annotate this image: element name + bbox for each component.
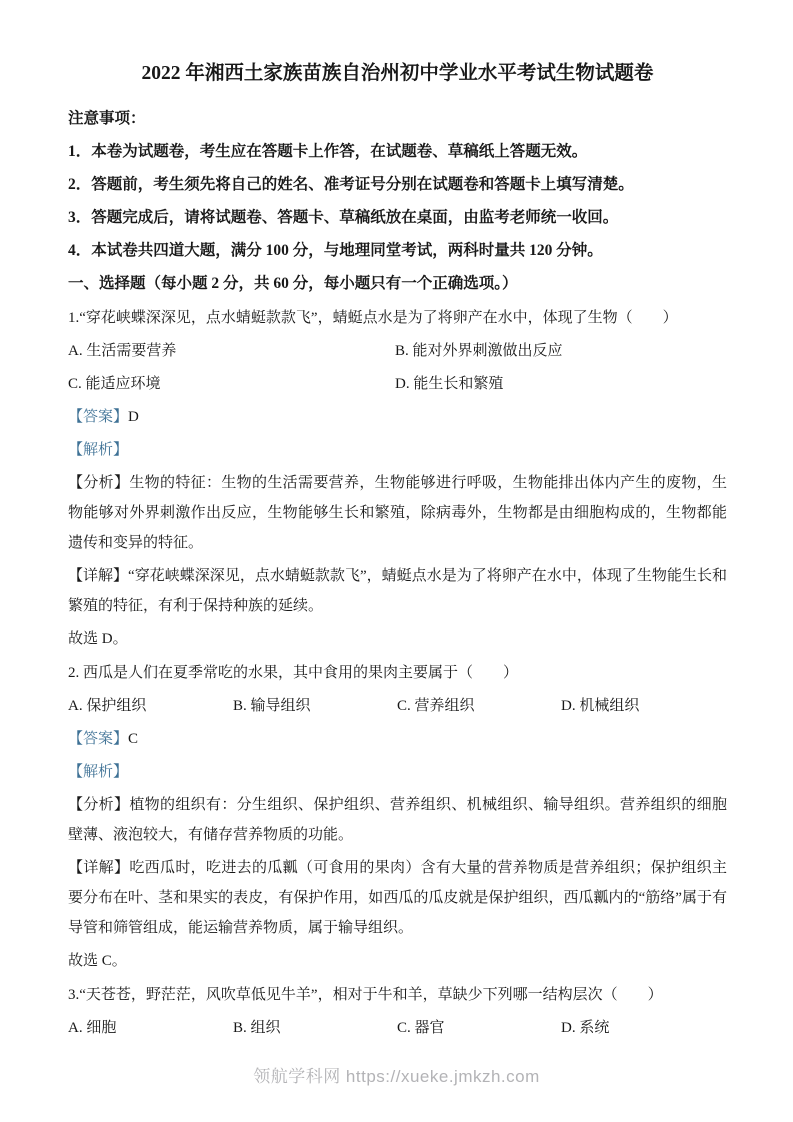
question-2-conclusion: 故选 C。 [68, 946, 727, 976]
page-title: 2022 年湘西土家族苗族自治州初中学业水平考试生物试题卷 [68, 60, 727, 88]
answer-label: 【答案】 [68, 409, 128, 425]
question-2-option-d: D. 机械组织 [561, 691, 727, 721]
question-3-option-a: A. 细胞 [68, 1013, 233, 1043]
question-2-answer-value: C [128, 731, 138, 747]
question-1-options-row-2: C. 能适应环境 D. 能生长和繁殖 [68, 369, 727, 399]
question-2-analysis-label: 【解析】 [68, 757, 727, 787]
question-2-answer-line: 【答案】C [68, 724, 727, 754]
question-1-option-c: C. 能适应环境 [68, 369, 395, 399]
question-3-option-d: D. 系统 [561, 1013, 727, 1043]
notice-item-2: 2．答题前，考生须先将自己的姓名、准考证号分别在试题卷和答题卡上填写清楚。 [68, 170, 727, 200]
question-1-option-d: D. 能生长和繁殖 [395, 369, 727, 399]
exam-document-page: 2022 年湘西土家族苗族自治州初中学业水平考试生物试题卷 注意事项： 1．本卷… [0, 0, 793, 1122]
question-1-option-a: A. 生活需要营养 [68, 336, 395, 366]
question-1-conclusion: 故选 D。 [68, 624, 727, 654]
question-2-option-c: C. 营养组织 [397, 691, 561, 721]
question-2-options-row: A. 保护组织 B. 输导组织 C. 营养组织 D. 机械组织 [68, 691, 727, 721]
question-1-analysis-paragraph: 【分析】生物的特征：生物的生活需要营养，生物能够进行呼吸，生物能排出体内产生的废… [68, 468, 727, 558]
question-2-option-b: B. 输导组织 [233, 691, 397, 721]
question-1-option-b: B. 能对外界刺激做出反应 [395, 336, 727, 366]
notice-item-1: 1．本卷为试题卷，考生应在答题卡上作答，在试题卷、草稿纸上答题无效。 [68, 137, 727, 167]
notice-item-3: 3．答题完成后，请将试题卷、答题卡、草稿纸放在桌面，由监考老师统一收回。 [68, 203, 727, 233]
watermark-site-url: 领航学科网 https://xueke.jmkzh.com [0, 1062, 793, 1087]
question-2-option-a: A. 保护组织 [68, 691, 233, 721]
question-3-option-c: C. 器官 [397, 1013, 561, 1043]
notice-item-4: 4．本试卷共四道大题，满分 100 分，与地理同堂考试，两科时量共 120 分钟… [68, 236, 727, 266]
question-1-stem: 1.“穿花峡蝶深深见，点水蜻蜓款款飞”，蜻蜓点水是为了将卵产在水中，体现了生物（… [68, 303, 727, 333]
notice-heading: 注意事项： [68, 104, 727, 134]
answer-label: 【答案】 [68, 731, 128, 747]
question-1-analysis-label: 【解析】 [68, 435, 727, 465]
question-3-stem: 3.“天苍苍，野茫茫，风吹草低见牛羊”，相对于牛和羊，草缺少下列哪一结构层次（ … [68, 980, 727, 1010]
question-1-answer-value: D [128, 409, 139, 425]
question-3-options-row: A. 细胞 B. 组织 C. 器官 D. 系统 [68, 1013, 727, 1043]
question-1-answer-line: 【答案】D [68, 402, 727, 432]
question-2-analysis-paragraph: 【分析】植物的组织有：分生组织、保护组织、营养组织、机械组织、输导组织。营养组织… [68, 790, 727, 850]
question-2-stem: 2. 西瓜是人们在夏季常吃的水果，其中食用的果肉主要属于（ ） [68, 658, 727, 688]
question-1-options-row-1: A. 生活需要营养 B. 能对外界刺激做出反应 [68, 336, 727, 366]
section-heading: 一、选择题（每小题 2 分，共 60 分，每小题只有一个正确选项。） [68, 269, 727, 299]
question-3-option-b: B. 组织 [233, 1013, 397, 1043]
question-2-detail-paragraph: 【详解】吃西瓜时，吃进去的瓜瓤（可食用的果肉）含有大量的营养物质是营养组织；保护… [68, 853, 727, 943]
question-1-detail-paragraph: 【详解】“穿花峡蝶深深见，点水蜻蜓款款飞”，蜻蜓点水是为了将卵产在水中，体现了生… [68, 561, 727, 621]
